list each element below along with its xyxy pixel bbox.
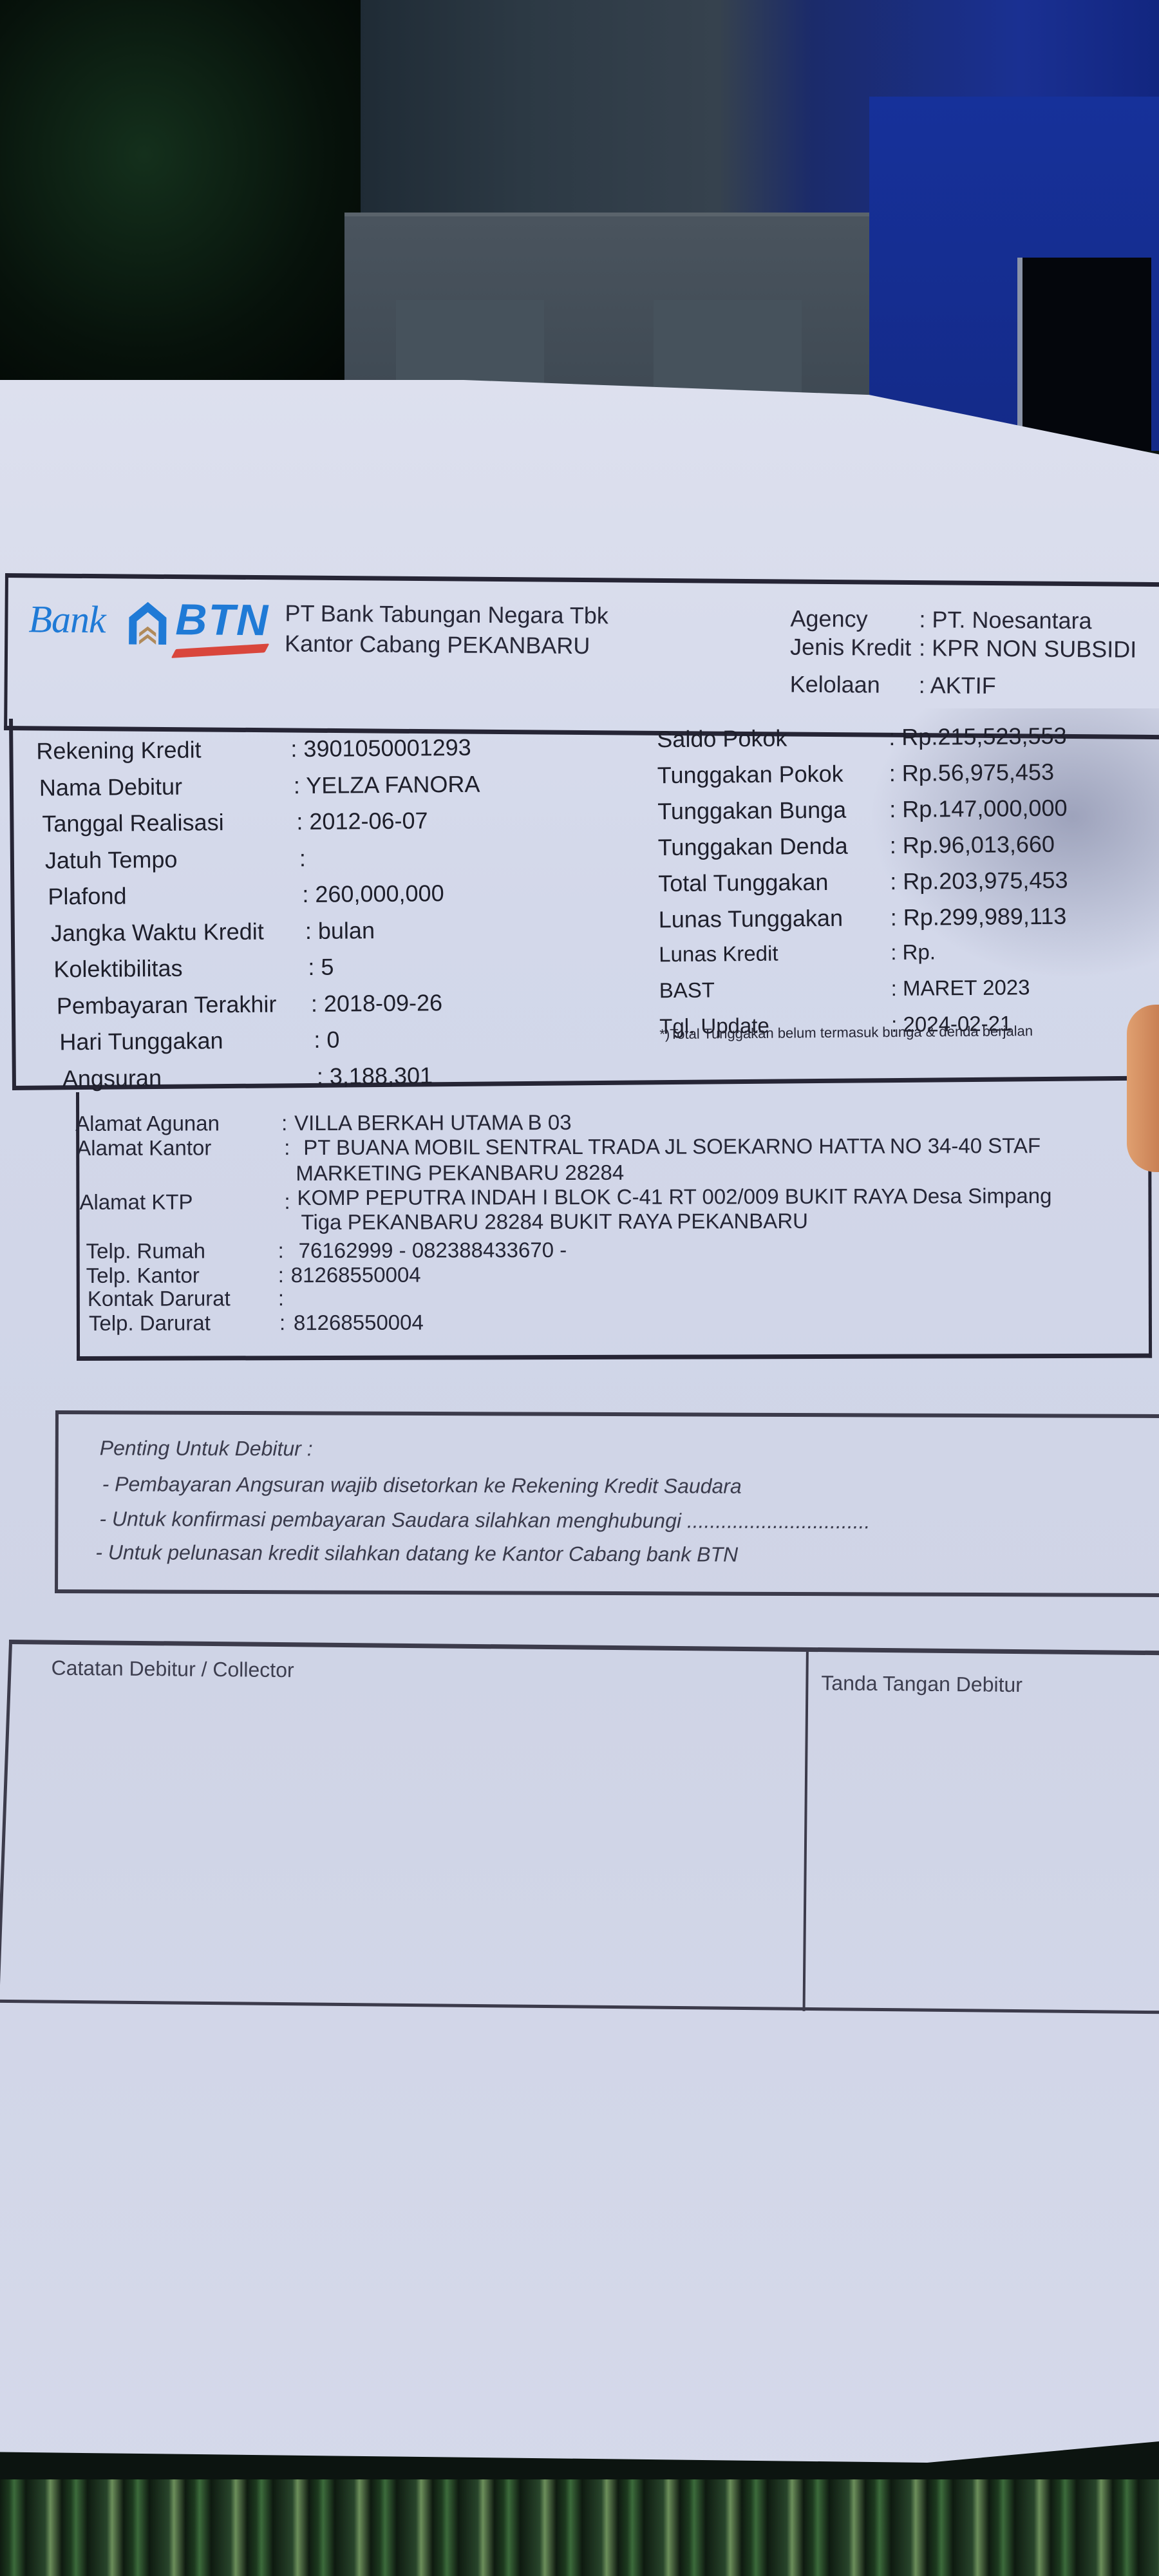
field-value: Tiga PEKANBARU 28284 BUKIT RAYA PEKANBAR… [301, 1209, 808, 1235]
field-value: PT. Noesantara [932, 606, 1091, 634]
field-value: : Rp.215,523,553 [889, 723, 1067, 751]
tunggakan-bunga-value: Rp.147,000,000 [902, 795, 1068, 822]
field-label: Telp. Darurat [89, 1311, 211, 1335]
field-value: 81268550004 [291, 1263, 421, 1288]
field-label: Total Tunggakan [658, 869, 829, 897]
field-value: AKTIF [930, 672, 996, 699]
field-separator: : [284, 1135, 290, 1160]
field-value: : Rp.203,975,453 [890, 867, 1068, 895]
field-label: Tanggal Realisasi [42, 809, 224, 837]
field-label: Alamat Agunan [75, 1111, 220, 1136]
kolektibilitas-value: 5 [321, 954, 334, 980]
field-value: VILLA BERKAH UTAMA B 03 [294, 1110, 572, 1135]
field-separator: : [278, 1286, 284, 1311]
field-label: Lunas Kredit [659, 942, 778, 967]
field-value: KOMP PEPUTRA INDAH I BLOK C-41 RT 002/00… [297, 1184, 1051, 1210]
total-tunggakan-value: Rp.203,975,453 [903, 867, 1068, 895]
house-icon [125, 599, 171, 649]
field-label: Telp. Kantor [86, 1263, 200, 1287]
field-value: KPR NON SUBSIDI [932, 634, 1136, 662]
address-contact-section: Alamat Agunan : VILLA BERKAH UTAMA B 03 … [76, 1090, 1152, 1361]
logo-bank-word: Bank [28, 597, 106, 642]
field-label: Jenis Kredit [790, 632, 919, 664]
field-label: Alamat Kantor [77, 1135, 211, 1160]
field-label: Lunas Tunggakan [659, 905, 843, 933]
debtor-notice: Penting Untuk Debitur : - Pembayaran Ang… [55, 1410, 1159, 1597]
saldo-pokok-value: Rp.215,523,553 [901, 723, 1067, 750]
lunas-kredit-value: Rp. [902, 940, 936, 963]
field-value: : MARET 2023 [891, 975, 1030, 1001]
field-label: Angsuran [62, 1064, 162, 1092]
field-value: : 3,188,301 [317, 1062, 433, 1090]
background-grass [0, 2479, 1159, 2576]
field-separator: : [919, 632, 925, 663]
field-value: : 0 [314, 1027, 339, 1054]
field-value: : 3901050001293 [290, 734, 471, 762]
logo-swoosh [171, 643, 270, 658]
field-label: Hari Tunggakan [59, 1027, 223, 1056]
field-value: 81268550004 [294, 1311, 424, 1336]
account-details: Rekening Kredit: 3901050001293 Nama Debi… [9, 708, 1159, 1090]
field-value: MARKETING PEKANBARU 28284 [296, 1160, 624, 1186]
field-value: : [299, 844, 306, 871]
notice-item: - Untuk pelunasan kredit silahkan datang… [95, 1540, 738, 1566]
angsuran-value: 3,188,301 [330, 1062, 433, 1089]
field-separator: : [278, 1263, 284, 1287]
field-separator: : [279, 1311, 285, 1335]
bank-branch: Kantor Cabang PEKANBARU [285, 628, 608, 661]
field-label: Kolektibilitas [53, 955, 182, 983]
field-value: : Rp.147,000,000 [889, 795, 1068, 823]
field-value: : bulan [305, 917, 375, 945]
field-separator: : [918, 670, 925, 701]
field-label: Alamat KTP [79, 1190, 193, 1215]
sign-box-divider [803, 1652, 809, 2011]
holding-thumb [1127, 1005, 1159, 1172]
notice-item: - Untuk konfirmasi pembayaran Saudara si… [99, 1507, 870, 1533]
collector-notes-label: Catatan Debitur / Collector [51, 1656, 294, 1683]
field-value: : Rp.96,013,660 [890, 831, 1055, 859]
field-value: : 260,000,000 [302, 880, 444, 908]
field-label: Nama Debitur [39, 773, 182, 801]
notice-item: - Pembayaran Angsuran wajib disetorkan k… [102, 1472, 742, 1498]
field-value: PT BUANA MOBIL SENTRAL TRADA JL SOEKARNO… [303, 1133, 1041, 1160]
jangka-waktu-value: bulan [318, 917, 375, 944]
header-info-kelolaan: Kelolaan: AKTIF [789, 669, 1136, 703]
tunggakan-denda-value: Rp.96,013,660 [903, 831, 1055, 858]
field-value: : Rp. [890, 940, 936, 965]
field-label: Kelolaan [789, 669, 918, 701]
field-value: : 2012-06-07 [296, 807, 428, 835]
field-separator: : [278, 1238, 284, 1263]
field-label: Tunggakan Denda [658, 833, 848, 862]
bast-value: MARET 2023 [903, 975, 1030, 1000]
tanggal-realisasi-value: 2012-06-07 [309, 807, 428, 835]
field-label: Tunggakan Bunga [657, 797, 846, 826]
signature-section: Catatan Debitur / Collector Tanda Tangan… [6, 1640, 1159, 2016]
balance-footnote: *)Total Tunggakan belum termasuk bunga &… [659, 1023, 1033, 1043]
plafond-value: 260,000,000 [315, 880, 444, 907]
field-label: Rekening Kredit [36, 736, 202, 764]
field-value: : YELZA FANORA [294, 770, 480, 799]
balance-column: Saldo Pokok: Rp.215,523,553 Tunggakan Po… [657, 726, 659, 1050]
field-label: Agency [790, 603, 919, 636]
header-info-jenis-kredit: Jenis Kredit: KPR NON SUBSIDI [790, 632, 1136, 665]
logo-btn-word: BTN [175, 594, 269, 645]
bank-logo: Bank BTN [28, 597, 274, 657]
lunas-tunggakan-value: Rp.299,989,113 [903, 903, 1067, 931]
bank-company-name: PT Bank Tabungan Negara Tbk [285, 598, 608, 630]
nama-debitur-value: YELZA FANORA [306, 770, 480, 798]
field-label: Jatuh Tempo [45, 846, 178, 874]
field-label: Kontak Darurat [88, 1286, 231, 1311]
field-separator: : [919, 604, 925, 635]
tunggakan-pokok-value: Rp.56,975,453 [902, 759, 1055, 786]
field-value: : 5 [308, 954, 334, 981]
field-label: Pembayaran Terakhir [57, 990, 277, 1019]
field-label: Telp. Rumah [86, 1238, 205, 1263]
bank-identity: PT Bank Tabungan Negara Tbk Kantor Caban… [285, 598, 608, 661]
field-label: Saldo Pokok [657, 724, 787, 753]
field-label: Tunggakan Pokok [657, 761, 843, 790]
field-label: Jangka Waktu Kredit [51, 918, 264, 947]
background-doorway [1017, 258, 1151, 451]
pembayaran-terakhir-value: 2018-09-26 [324, 989, 443, 1017]
field-value: : Rp.299,989,113 [890, 903, 1067, 931]
background-plant [0, 0, 361, 386]
header-info: Agency: PT. Noesantara Jenis Kredit: KPR… [790, 603, 1137, 699]
field-value: : 2018-09-26 [311, 989, 443, 1018]
field-label: BAST [659, 978, 715, 1003]
notice-title: Penting Untuk Debitur : [100, 1436, 313, 1461]
field-separator: : [281, 1111, 287, 1135]
field-value: 76162999 - 082388433670 - [299, 1238, 567, 1263]
rekening-kredit-value: 3901050001293 [303, 734, 471, 762]
debtor-signature-label: Tanda Tangan Debitur [821, 1671, 1022, 1697]
field-label: Plafond [48, 882, 126, 910]
hari-tunggakan-value: 0 [326, 1027, 339, 1053]
field-value: : Rp.56,975,453 [889, 759, 1055, 787]
account-column: Rekening Kredit: 3901050001293 Nama Debi… [36, 738, 39, 1102]
field-separator: : [284, 1189, 290, 1214]
